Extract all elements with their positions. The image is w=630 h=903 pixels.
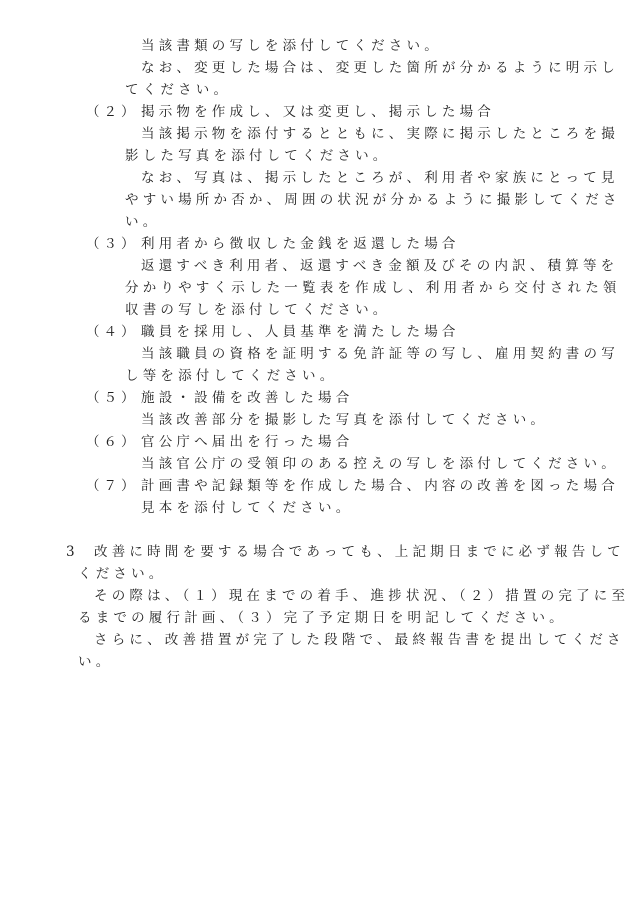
item-text: 当該改善部分を撮影した写真を添付してください。 [141, 409, 548, 431]
item-text: なお、写真は、掲示したところが、利用者や家族にとって見 [141, 167, 619, 189]
item-text: い。 [125, 211, 160, 233]
item-heading: 職員を採用し、人員基準を満たした場合 [141, 321, 460, 343]
intro-line: 当該書類の写しを添付してください。 [141, 35, 442, 57]
item-text: 見本を添付してください。 [141, 497, 353, 519]
item-text: 収書の写しを添付してください。 [125, 299, 391, 321]
item-text: 分かりやすく示した一覧表を作成し、利用者から交付された領 [125, 277, 621, 299]
item-number: （４） [86, 321, 139, 343]
item-text: 影した写真を添付してください。 [125, 145, 391, 167]
intro-line: てください。 [125, 79, 231, 101]
item-heading: 計画書や記録類等を作成した場合、内容の改善を図った場合 [141, 475, 619, 497]
section-number: 3 [66, 541, 79, 563]
item-number: （６） [86, 431, 139, 453]
intro-line: なお、変更した場合は、変更した箇所が分かるように明示し [141, 57, 619, 79]
section-text: ください。 [78, 563, 167, 585]
item-text: 当該官公庁の受領印のある控えの写しを添付してください。 [141, 453, 619, 475]
item-number: （５） [86, 387, 139, 409]
section-text: るまでの履行計画、（３）完了予定期日を明記してください。 [78, 607, 567, 629]
item-text: し等を添付してください。 [125, 365, 337, 387]
section-text: い。 [78, 651, 113, 673]
section-text: 改善に時間を要する場合であっても、上記期日までに必ず報告して [94, 541, 625, 563]
section-text: その際は、（１）現在までの着手、進捗状況、（２）措置の完了に至 [94, 585, 629, 607]
item-text: やすい場所か否か、周囲の状況が分かるように撮影してくださ [125, 189, 621, 211]
item-heading: 利用者から徴収した金銭を返還した場合 [141, 233, 460, 255]
item-number: （３） [86, 233, 139, 255]
item-text: 当該職員の資格を証明する免許証等の写し、雇用契約書の写 [141, 343, 619, 365]
item-heading: 掲示物を作成し、又は変更し、掲示した場合 [141, 101, 495, 123]
item-heading: 官公庁へ届出を行った場合 [141, 431, 353, 453]
item-number: （７） [86, 475, 139, 497]
item-text: 返還すべき利用者、返還すべき金額及びその内訳、積算等を [141, 255, 618, 277]
section-text: さらに、改善措置が完了した段階で、最終報告書を提出してくださ [94, 629, 625, 651]
item-heading: 施設・設備を改善した場合 [141, 387, 353, 409]
item-number: （２） [86, 101, 139, 123]
item-text: 当該掲示物を添付するとともに、実際に掲示したところを撮 [141, 123, 619, 145]
